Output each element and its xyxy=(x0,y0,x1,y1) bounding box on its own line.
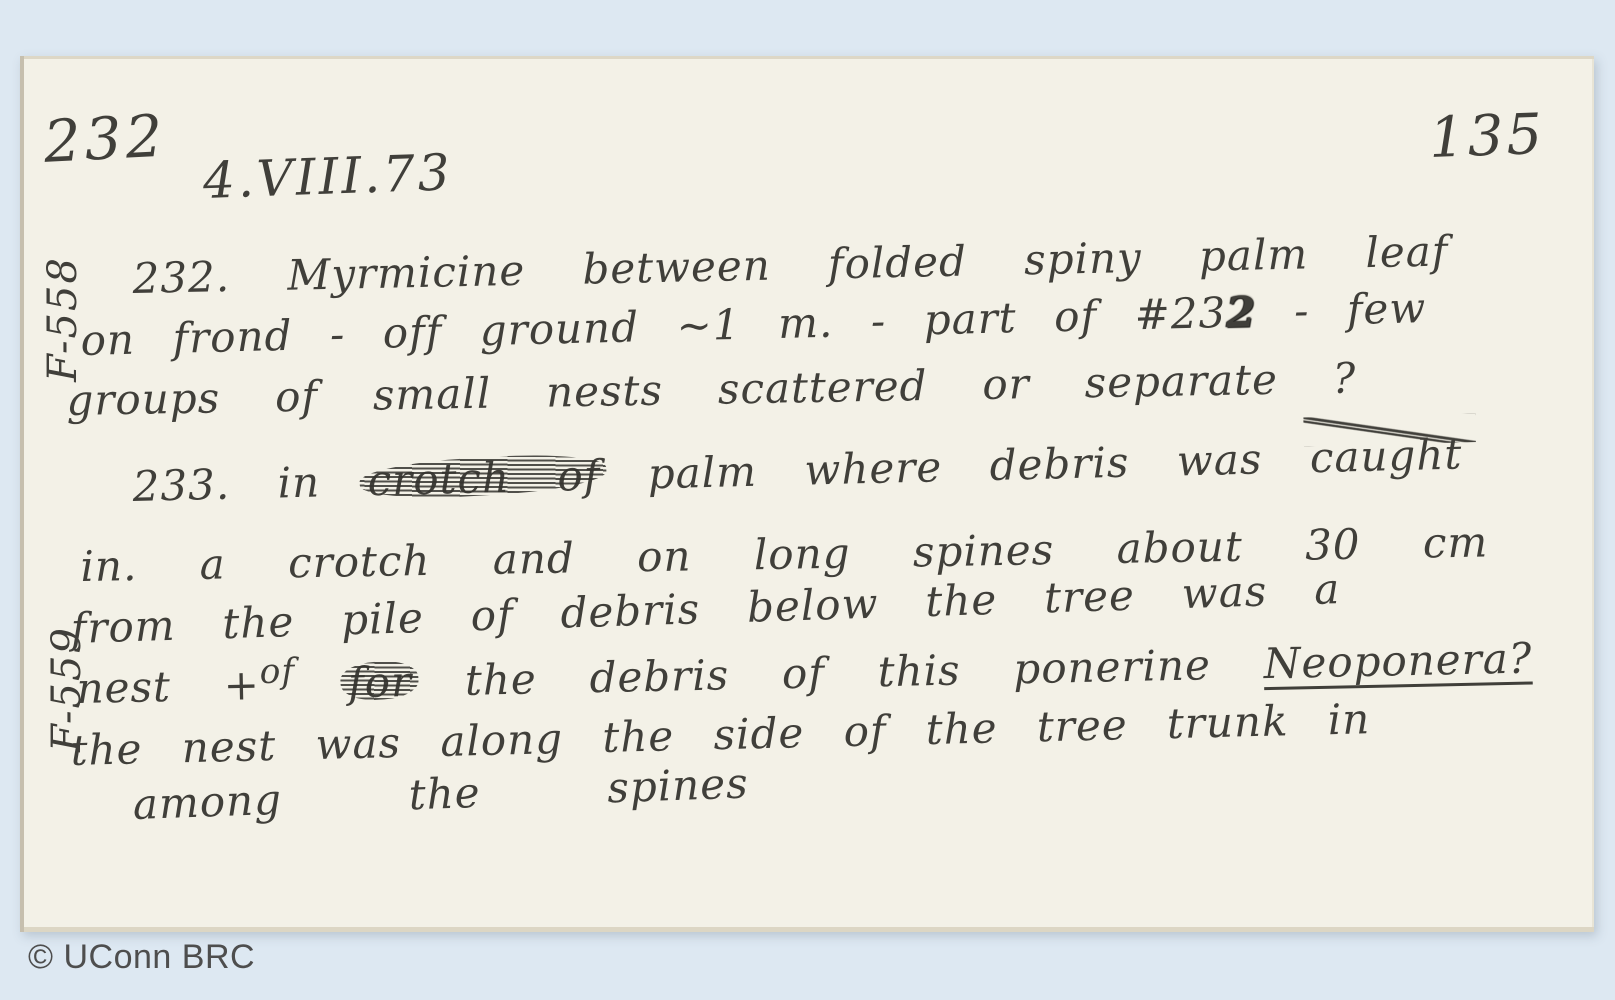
copyright-credit: © UConn BRC xyxy=(28,938,255,977)
margin-specimen-number-f558: F-558 xyxy=(40,244,86,394)
handwritten-text: nest + xyxy=(76,660,260,713)
handwritten-text: - few xyxy=(1256,283,1427,336)
handwritten-text: palm where debris was xyxy=(600,433,1311,499)
scribbled-out-text: for xyxy=(348,657,413,707)
card-number-top-left: 232 xyxy=(42,102,168,176)
handwritten-text: groups of small nests scattered or separ… xyxy=(66,353,1357,425)
handwritten-text: the debris of this ponerine xyxy=(412,639,1265,706)
scan-background: 232 4.VIII.73 135 F-558 F-559 232. Myrmi… xyxy=(0,0,1615,1000)
entry-233-line-1: 233. in crotch of palm where debris was … xyxy=(132,428,1463,514)
handwritten-text: caught xyxy=(1309,430,1463,483)
handwritten-text: 233. in xyxy=(132,456,368,511)
underlined-genus-name: Neoponera? xyxy=(1263,634,1533,689)
date-heading: 4.VIII.73 xyxy=(202,143,453,210)
index-card: 232 4.VIII.73 135 F-558 F-559 232. Myrmi… xyxy=(20,56,1594,932)
page-number-top-right: 135 xyxy=(1428,102,1546,171)
inserted-text: of xyxy=(259,644,296,699)
scribbled-out-text: crotch of xyxy=(367,451,601,506)
handwritten-text: 2 xyxy=(1226,287,1257,337)
